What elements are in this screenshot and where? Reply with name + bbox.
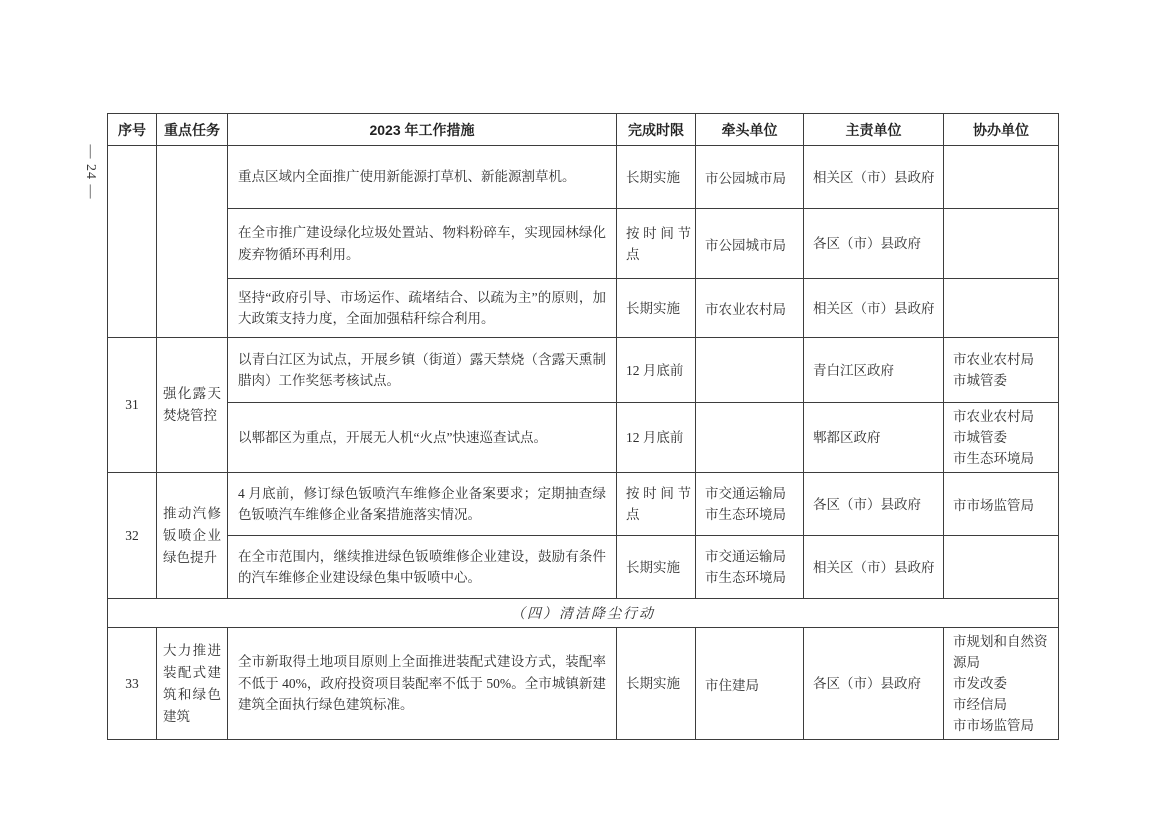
deadline-cell: 按时间节点	[617, 209, 696, 279]
col-header-measure: 2023 年工作措施	[228, 114, 617, 146]
lead-unit-cell	[696, 403, 804, 473]
lead-unit-cell	[696, 338, 804, 403]
support-unit-line: 市发改委	[953, 673, 1054, 694]
support-unit-cell	[944, 279, 1059, 338]
measure-cell: 在全市推广建设绿化垃圾处置站、物料粉碎车，实现园林绿化废弃物循环再利用。	[228, 209, 617, 279]
lead-unit-cell: 市交通运输局 市生态环境局	[696, 473, 804, 536]
support-unit-line: 市农业农村局	[953, 349, 1054, 370]
deadline-cell: 长期实施	[617, 628, 696, 740]
lead-unit-line: 市交通运输局	[705, 483, 799, 504]
lead-unit-cell: 市农业农村局	[696, 279, 804, 338]
support-unit-line: 市农业农村局	[953, 406, 1054, 427]
support-unit-line: 市经信局	[953, 694, 1054, 715]
seq-cell: 32	[108, 473, 157, 599]
owner-unit-cell: 郫都区政府	[804, 403, 944, 473]
page-number: — 24 —	[78, 127, 98, 217]
table-row: 以郫都区为重点，开展无人机“火点”快速巡查试点。 12 月底前 郫都区政府 市农…	[108, 403, 1059, 473]
task-cell: 推动汽修钣喷企业绿色提升	[157, 473, 228, 599]
col-header-support: 协办单位	[944, 114, 1059, 146]
measure-cell: 坚持“政府引导、市场运作、疏堵结合、以疏为主”的原则，加大政策支持力度，全面加强…	[228, 279, 617, 338]
seq-cell-empty	[108, 146, 157, 338]
support-unit-line: 市市场监管局	[953, 715, 1054, 736]
document-page: — 24 — 序号 重点任务 2023 年工作措施 完成时限 牵头单位 主责单位…	[0, 0, 1169, 826]
lead-unit-line: 市生态环境局	[705, 567, 799, 588]
deadline-cell: 长期实施	[617, 146, 696, 209]
owner-unit-cell: 相关区（市）县政府	[804, 536, 944, 599]
table-row: 33 大力推进装配式建筑和绿色建筑 全市新取得土地项目原则上全面推进装配式建设方…	[108, 628, 1059, 740]
owner-unit-cell: 各区（市）县政府	[804, 473, 944, 536]
deadline-cell: 长期实施	[617, 536, 696, 599]
table-row: 重点区域内全面推广使用新能源打草机、新能源割草机。 长期实施 市公园城市局 相关…	[108, 146, 1059, 209]
deadline-cell: 长期实施	[617, 279, 696, 338]
measure-cell: 重点区域内全面推广使用新能源打草机、新能源割草机。	[228, 146, 617, 209]
table-row: 在全市推广建设绿化垃圾处置站、物料粉碎车，实现园林绿化废弃物循环再利用。 按时间…	[108, 209, 1059, 279]
table-row: 32 推动汽修钣喷企业绿色提升 4 月底前，修订绿色钣喷汽车维修企业备案要求；定…	[108, 473, 1059, 536]
action-plan-table: 序号 重点任务 2023 年工作措施 完成时限 牵头单位 主责单位 协办单位 重…	[107, 113, 1059, 740]
section-row: （四）清洁降尘行动	[108, 599, 1059, 628]
col-header-owner: 主责单位	[804, 114, 944, 146]
support-unit-cell	[944, 536, 1059, 599]
owner-unit-cell: 各区（市）县政府	[804, 209, 944, 279]
col-header-task: 重点任务	[157, 114, 228, 146]
support-unit-cell: 市农业农村局 市城管委 市生态环境局	[944, 403, 1059, 473]
measure-cell: 全市新取得土地项目原则上全面推进装配式建设方式，装配率不低于 40%，政府投资项…	[228, 628, 617, 740]
seq-cell: 31	[108, 338, 157, 473]
seq-cell: 33	[108, 628, 157, 740]
header-row: 序号 重点任务 2023 年工作措施 完成时限 牵头单位 主责单位 协办单位	[108, 114, 1059, 146]
lead-unit-line: 市交通运输局	[705, 546, 799, 567]
support-unit-line: 市城管委	[953, 427, 1054, 448]
deadline-cell: 12 月底前	[617, 338, 696, 403]
support-unit-cell: 市市场监管局	[944, 473, 1059, 536]
support-unit-line: 市城管委	[953, 370, 1054, 391]
measure-cell: 以青白江区为试点，开展乡镇（街道）露天禁烧（含露天熏制腊肉）工作奖惩考核试点。	[228, 338, 617, 403]
deadline-cell: 按时间节点	[617, 473, 696, 536]
lead-unit-cell: 市公园城市局	[696, 209, 804, 279]
owner-unit-cell: 青白江区政府	[804, 338, 944, 403]
table-row: 31 强化露天焚烧管控 以青白江区为试点，开展乡镇（街道）露天禁烧（含露天熏制腊…	[108, 338, 1059, 403]
col-header-lead: 牵头单位	[696, 114, 804, 146]
section-title: （四）清洁降尘行动	[108, 599, 1059, 628]
table-row: 坚持“政府引导、市场运作、疏堵结合、以疏为主”的原则，加大政策支持力度，全面加强…	[108, 279, 1059, 338]
support-unit-line: 市规划和自然资源局	[953, 631, 1054, 673]
lead-unit-cell: 市交通运输局 市生态环境局	[696, 536, 804, 599]
support-unit-cell: 市农业农村局 市城管委	[944, 338, 1059, 403]
owner-unit-cell: 相关区（市）县政府	[804, 279, 944, 338]
lead-unit-cell: 市公园城市局	[696, 146, 804, 209]
support-unit-line: 市生态环境局	[953, 448, 1054, 469]
lead-unit-line: 市生态环境局	[705, 504, 799, 525]
task-cell-empty	[157, 146, 228, 338]
col-header-deadline: 完成时限	[617, 114, 696, 146]
support-unit-cell	[944, 209, 1059, 279]
support-unit-cell: 市规划和自然资源局 市发改委 市经信局 市市场监管局	[944, 628, 1059, 740]
col-header-no: 序号	[108, 114, 157, 146]
task-cell: 强化露天焚烧管控	[157, 338, 228, 473]
owner-unit-cell: 各区（市）县政府	[804, 628, 944, 740]
measure-cell: 以郫都区为重点，开展无人机“火点”快速巡查试点。	[228, 403, 617, 473]
owner-unit-cell: 相关区（市）县政府	[804, 146, 944, 209]
task-cell: 大力推进装配式建筑和绿色建筑	[157, 628, 228, 740]
table-row: 在全市范围内，继续推进绿色钣喷维修企业建设，鼓励有条件的汽车维修企业建设绿色集中…	[108, 536, 1059, 599]
measure-cell: 在全市范围内，继续推进绿色钣喷维修企业建设，鼓励有条件的汽车维修企业建设绿色集中…	[228, 536, 617, 599]
support-unit-cell	[944, 146, 1059, 209]
lead-unit-cell: 市住建局	[696, 628, 804, 740]
measure-cell: 4 月底前，修订绿色钣喷汽车维修企业备案要求；定期抽查绿色钣喷汽车维修企业备案措…	[228, 473, 617, 536]
deadline-cell: 12 月底前	[617, 403, 696, 473]
